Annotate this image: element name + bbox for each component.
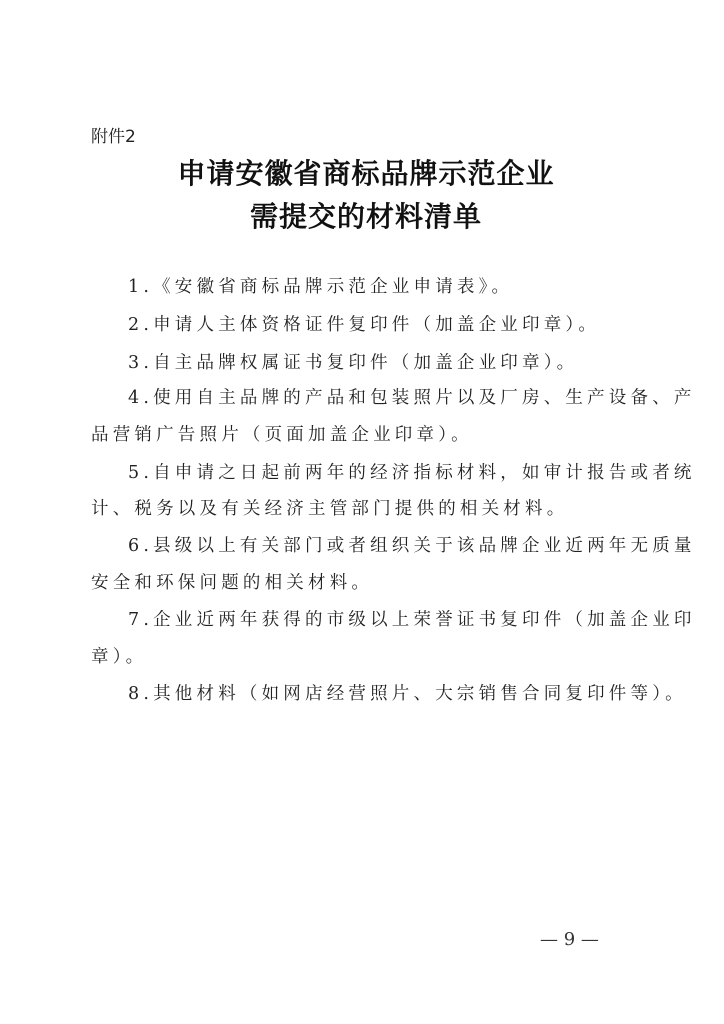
page-number: — 9 — [540, 929, 599, 950]
document-title-line-2: 需提交的材料清单 [4, 195, 724, 235]
list-item-5-line-1: 5.自申请之日起前两年的经济指标材料，如审计报告或者统 [128, 459, 668, 484]
list-item-7-line-1: 7.企业近两年获得的市级以上荣誉证书复印件（加盖企业印 [128, 606, 668, 631]
list-item-6-line-1: 6.县级以上有关部门或者组织关于该品牌企业近两年无质量 [128, 532, 668, 557]
list-item-1: 1.《安徽省商标品牌示范企业申请表》。 [128, 273, 668, 298]
list-item-6-line-2: 安全和环保问题的相关材料。 [91, 569, 631, 594]
list-item-7-line-2: 章）。 [91, 643, 631, 668]
list-item-4-line-2: 品营销广告照片（页面加盖企业印章）。 [91, 421, 631, 446]
list-item-5-line-2: 计、税务以及有关经济主管部门提供的相关材料。 [91, 495, 631, 520]
list-item-3: 3.自主品牌权属证书复印件（加盖企业印章）。 [128, 349, 668, 374]
list-item-8: 8.其他材料（如网店经营照片、大宗销售合同复印件等）。 [128, 680, 668, 705]
document-title-line-1: 申请安徽省商标品牌示范企业 [4, 152, 724, 192]
list-item-4-line-1: 4.使用自主品牌的产品和包装照片以及厂房、生产设备、产 [128, 384, 668, 409]
list-item-2: 2.申请人主体资格证件复印件（加盖企业印章）。 [128, 311, 668, 336]
attachment-label: 附件2 [91, 122, 136, 147]
